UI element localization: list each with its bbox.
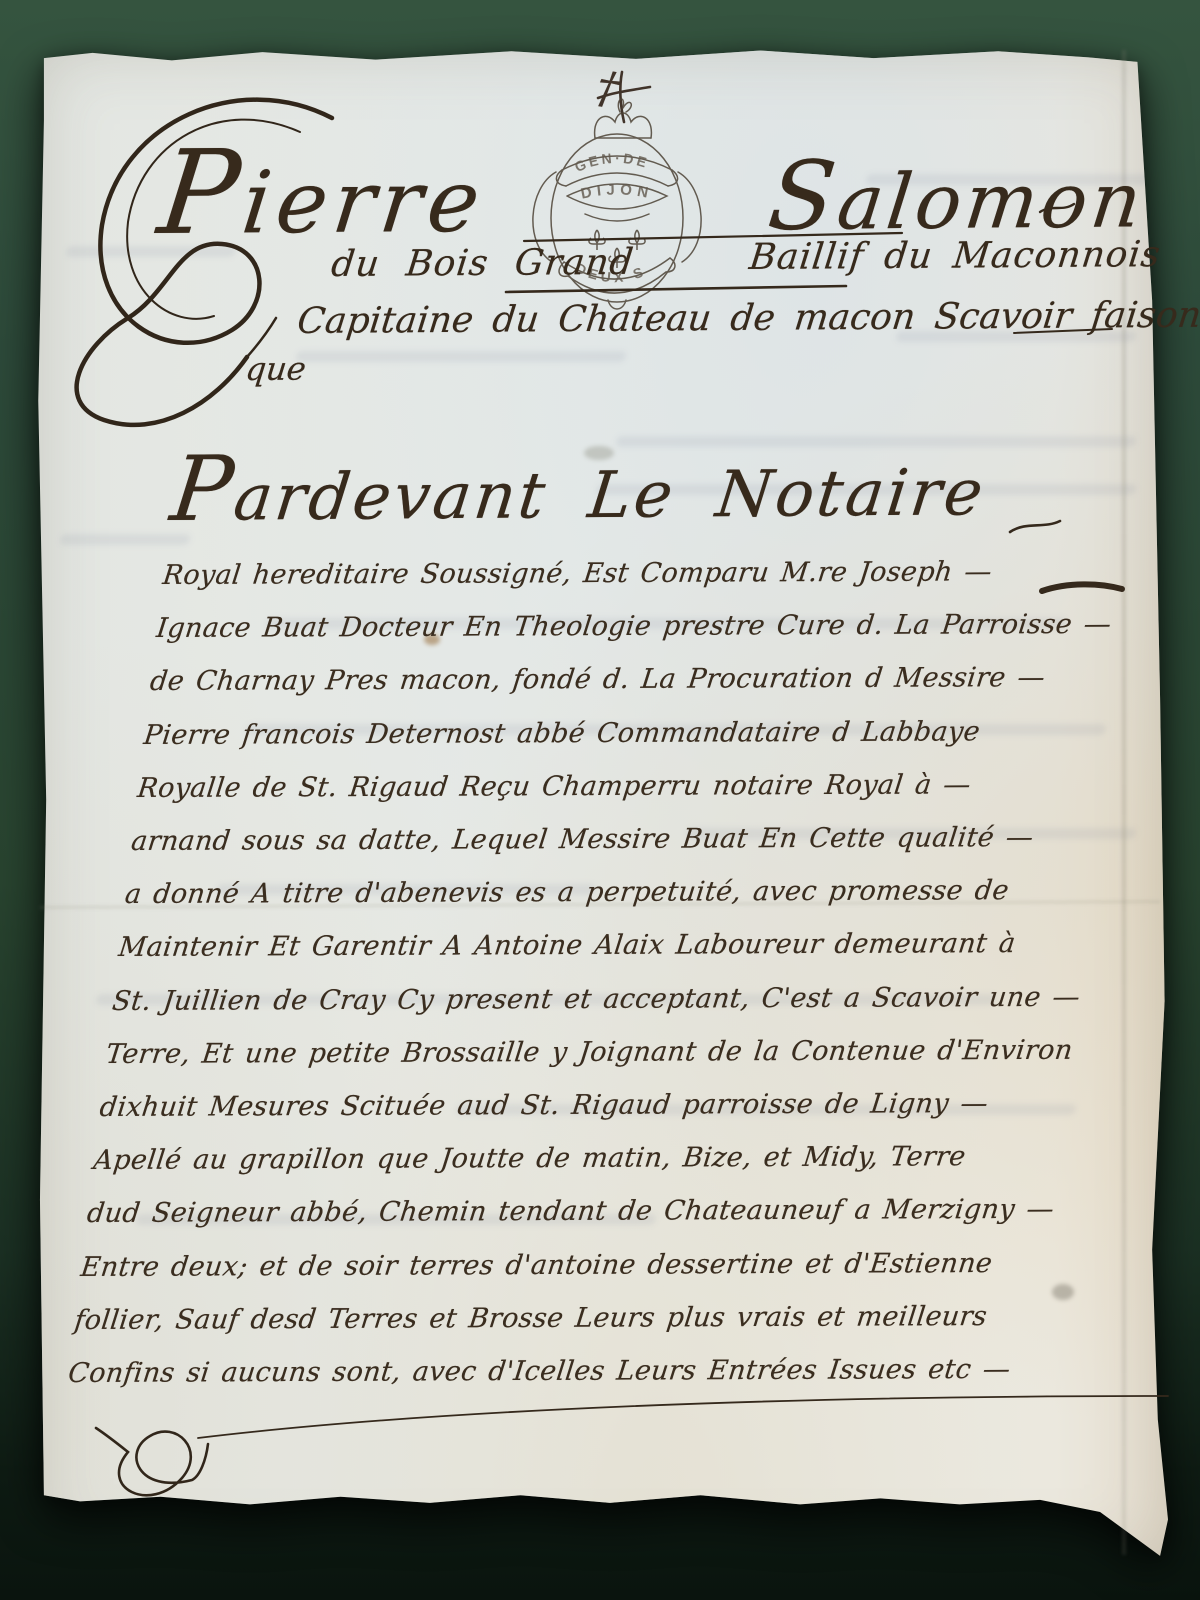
- body-line: Apellé au grapillon que Joutte de matin,…: [90, 1130, 1072, 1187]
- manuscript-text-layer: † Pierre Salomon du Bois Grand Baillif d…: [0, 0, 1200, 1600]
- photo-background: GEN·DE DIJON DEUX S † Pierre: [0, 0, 1200, 1600]
- body-line: Royal hereditaire Soussigné, Est Comparu…: [160, 545, 1142, 602]
- body-line: Terre, Et une petite Brossaille y Joigna…: [103, 1024, 1085, 1081]
- body-line: Maintenir Et Garentir A Antoine Alaix La…: [116, 917, 1098, 974]
- body-line: Royalle de St. Rigaud Reçu Champerru not…: [134, 758, 1116, 815]
- act-heading: Pardevant Le Notaire: [166, 432, 992, 542]
- act-body: Royal hereditaire Soussigné, Est Comparu…: [65, 545, 1141, 1400]
- header-subtitle-right: Baillif du Maconnois: [747, 234, 1163, 278]
- cross-mark: †: [591, 62, 623, 115]
- body-line: Ignace Buat Docteur En Theologie prestre…: [153, 598, 1135, 655]
- body-line: Entre deux; et de soir terres d'antoine …: [78, 1236, 1060, 1293]
- header-subtitle-left: du Bois Grand: [329, 242, 636, 285]
- body-line: Confins si aucuns sont, avec d'Icelles L…: [65, 1343, 1047, 1400]
- body-line: dud Seigneur abbé, Chemin tendant de Cha…: [84, 1183, 1066, 1240]
- body-line: St. Juillien de Cray Cy present et accep…: [109, 970, 1091, 1027]
- header-title-line: Capitaine du Chateau de macon Scavoir fa…: [295, 295, 1200, 342]
- name-left: Pierre: [152, 124, 494, 261]
- body-line: a donné A titre d'abenevis es a perpetui…: [122, 864, 1104, 921]
- catchword: que: [244, 350, 308, 388]
- body-line: Pierre francois Deternost abbé Commandat…: [141, 704, 1123, 761]
- body-line: follier, Sauf desd Terres et Brosse Leur…: [71, 1290, 1053, 1347]
- body-line: arnand sous sa datte, Lequel Messire Bua…: [128, 811, 1110, 868]
- body-line: dixhuit Mesures Scituée aud St. Rigaud p…: [97, 1077, 1079, 1134]
- body-line: de Charnay Pres macon, fondé d. La Procu…: [147, 651, 1129, 708]
